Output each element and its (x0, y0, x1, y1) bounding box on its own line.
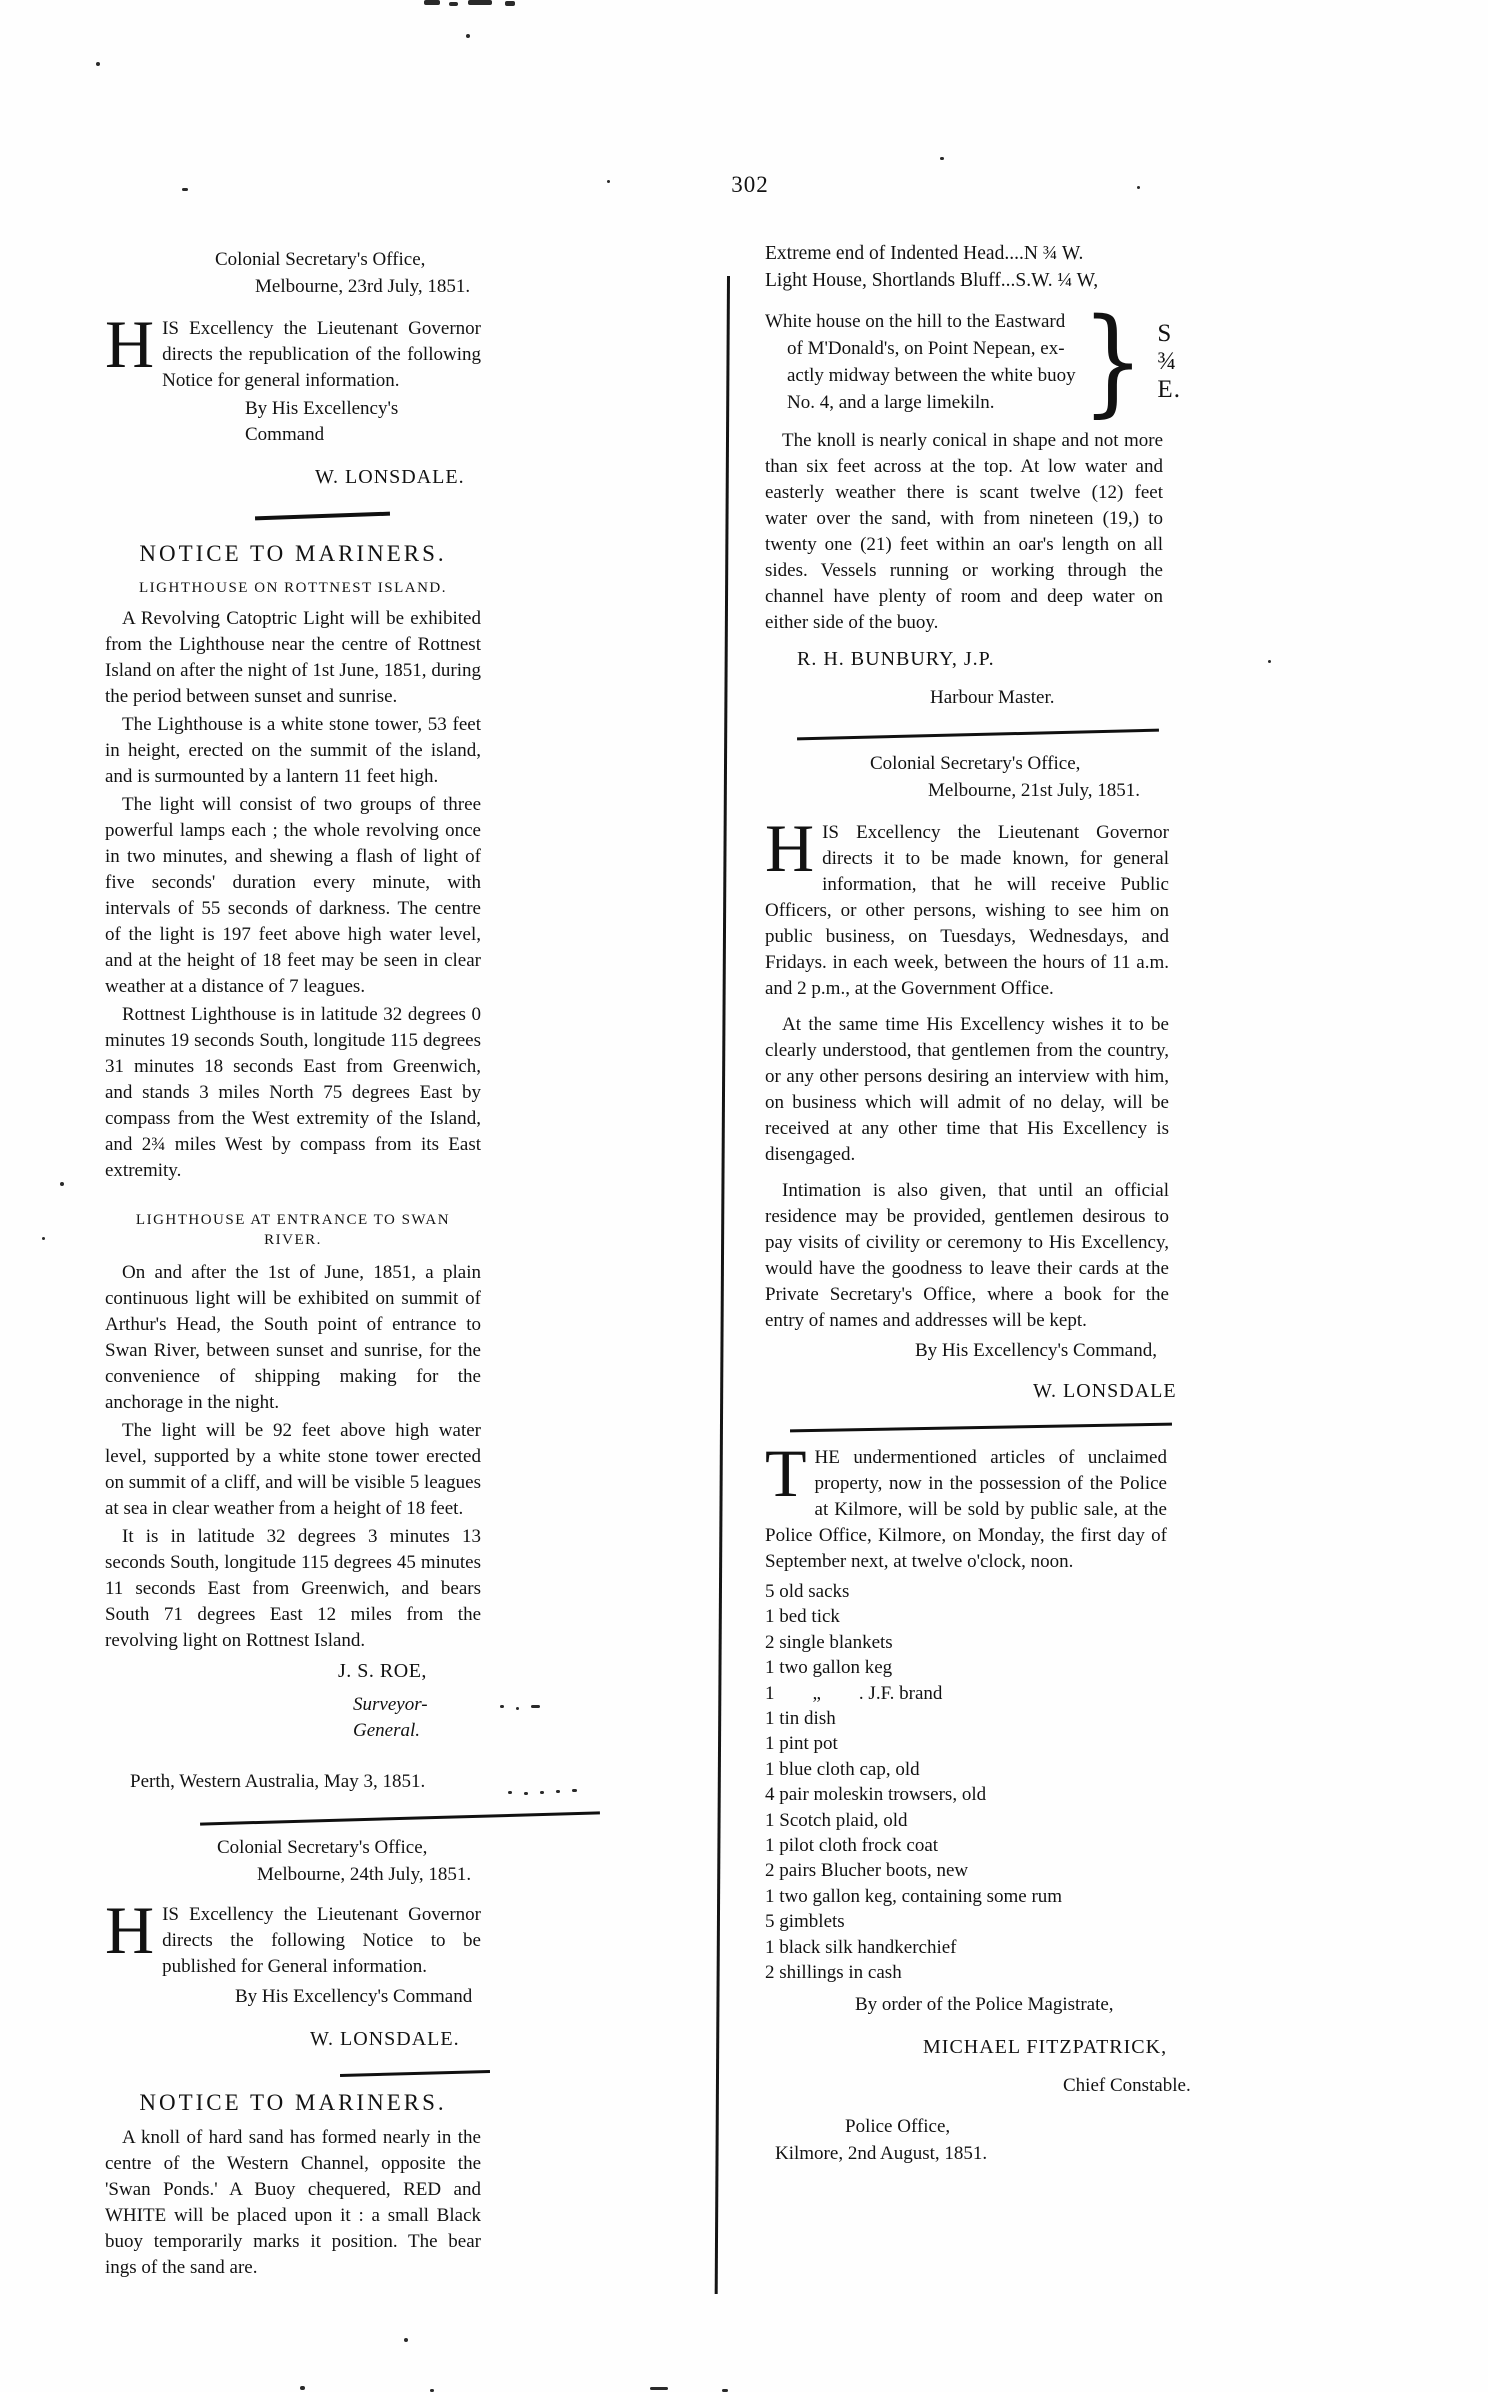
scanned-gazette-page: 302 Colonial Secretary's Office, Melbour… (0, 0, 1488, 2392)
bearing-line-1: Extreme end of Indented Head....N ¾ W. (765, 240, 1195, 267)
sale-list-item: 4 pair moleskin trowsers, old (765, 1782, 1195, 1807)
scan-speck (404, 2338, 408, 2342)
notice-heading: NOTICE TO MARINERS. (105, 540, 481, 568)
dateline-date: Melbourne, 23rd July, 1851. (105, 273, 481, 300)
sale-list-item: 1 blue cloth cap, old (765, 1757, 1195, 1782)
scan-speck (1268, 660, 1271, 663)
drop-cap: H (105, 316, 162, 369)
sale-list-item: 1 tin dish (765, 1706, 1195, 1731)
scan-speck (505, 1, 515, 6)
section-rule (340, 2070, 490, 2077)
paragraph: On and after the 1st of June, 1851, a pl… (105, 1260, 481, 1416)
sale-list-item: 2 single blankets (765, 1630, 1195, 1655)
sale-intro: THE undermentioned articles of unclaimed… (765, 1445, 1167, 1575)
scan-speck (650, 2387, 668, 2390)
scan-speck (516, 1707, 519, 1710)
paragraph: At the same time His Excellency wishes i… (765, 1012, 1169, 1168)
signature: W. LONSDALE. (105, 2026, 481, 2052)
scan-speck (466, 34, 470, 38)
scan-speck (531, 1705, 540, 1708)
scan-speck (540, 1791, 544, 1794)
paragraph: A Revolving Catoptric Light will be exhi… (105, 606, 481, 710)
paragraph: The light will be 92 feet above high wat… (105, 1418, 481, 1522)
bearing-block-line: No. 4, and a large limekiln. (765, 389, 1076, 416)
sale-list: 5 old sacks 1 bed tick 2 single blankets… (765, 1579, 1195, 1986)
drop-cap: H (765, 820, 822, 873)
paragraph: A knoll of hard sand has formed nearly i… (105, 2125, 481, 2281)
column-left: Colonial Secretary's Office, Melbourne, … (105, 246, 481, 2281)
surveyor-name: J. S. ROE, (105, 1658, 481, 1684)
scan-speck (300, 2386, 305, 2390)
notice-paragraph: HIS Excellency the Lieutenant Governor d… (105, 316, 481, 394)
paragraph: Rottnest Lighthouse is in latitude 32 de… (105, 1002, 481, 1184)
dateline-office: Colonial Secretary's Office, (765, 750, 1195, 777)
column-divider-rule (715, 276, 730, 2294)
command-line: By His Excellency's Command (105, 1984, 481, 2010)
bearing-block-lines: White house on the hill to the Eastward … (765, 308, 1076, 416)
dateline-date: Melbourne, 24th July, 1851. (105, 1861, 481, 1888)
dateline-office: Colonial Secretary's Office, (105, 246, 481, 273)
bearing-block-line: of M'Donald's, on Point Nepean, ex- (765, 335, 1076, 362)
kilmore-date-line: Kilmore, 2nd August, 1851. (765, 2140, 1195, 2167)
scan-speck (607, 180, 610, 183)
paragraph: The light will consist of two groups of … (105, 792, 481, 1000)
drop-cap: H (105, 1902, 162, 1955)
surveyor-title: Surveyor-General. (105, 1692, 481, 1744)
scan-speck (449, 2, 458, 6)
notice-body: IS Excellency the Lieutenant Governor di… (162, 1904, 481, 1977)
scan-speck (468, 0, 492, 5)
bearing-value: S ¾ E. (1149, 320, 1195, 404)
page-number: 302 (690, 172, 810, 198)
dateline: Colonial Secretary's Office, Melbourne, … (765, 750, 1195, 804)
scan-speck (1137, 186, 1140, 189)
scan-speck (182, 188, 188, 191)
police-office-line: Police Office, (765, 2113, 1195, 2140)
notice-subheading: LIGHTHOUSE AT ENTRANCE TO SWAN RIVER. (105, 1210, 481, 1250)
paragraph: It is in latitude 32 degrees 3 minutes 1… (105, 1524, 481, 1654)
signature: W. LONSDALE (765, 1378, 1195, 1404)
notice-heading: NOTICE TO MARINERS. (105, 2089, 481, 2117)
scan-speck (524, 1792, 528, 1795)
sale-list-item: 5 old sacks (765, 1579, 1195, 1604)
column-right: Extreme end of Indented Head....N ¾ W. L… (765, 240, 1195, 2167)
scan-speck (424, 0, 440, 5)
bearing-line-2: Light House, Shortlands Bluff...S.W. ¼ W… (765, 267, 1195, 294)
sale-list-item: 2 pairs Blucher boots, new (765, 1858, 1195, 1883)
order-line: By order of the Police Magistrate, (765, 1992, 1195, 2018)
sale-list-item: 1 Scotch plaid, old (765, 1808, 1195, 1833)
sale-list-item: 1 two gallon keg, containing some rum (765, 1884, 1195, 1909)
section-rule (797, 729, 1159, 741)
sale-list-item: 1 pint pot (765, 1731, 1195, 1756)
notice-paragraph: HIS Excellency the Lieutenant Governor d… (105, 1902, 481, 1980)
sale-list-item: 1 black silk handkerchief (765, 1935, 1195, 1960)
sale-intro-body: HE undermentioned articles of unclaimed … (765, 1447, 1167, 1572)
scan-speck (940, 157, 944, 160)
sale-list-item: 1 bed tick (765, 1604, 1195, 1629)
scan-speck (556, 1790, 560, 1793)
bearing-block: White house on the hill to the Eastward … (765, 308, 1195, 416)
knoll-paragraph: The knoll is nearly conical in shape and… (765, 428, 1163, 636)
scan-speck (508, 1791, 512, 1794)
paragraph: The Lighthouse is a white stone tower, 5… (105, 712, 481, 790)
drop-cap: T (765, 1445, 815, 1498)
bearing-block-line: actly midway between the white buoy (765, 362, 1076, 389)
section-rule (200, 1811, 600, 1825)
bearing-block-line: White house on the hill to the Eastward (765, 308, 1076, 335)
sale-list-item: 1 two gallon keg (765, 1655, 1195, 1680)
scan-speck (572, 1789, 577, 1792)
notice-body: IS Excellency the Lieutenant Governor di… (765, 822, 1169, 999)
dateline: Colonial Secretary's Office, Melbourne, … (105, 246, 481, 300)
signature: W. LONSDALE. (105, 464, 481, 490)
sale-list-item: 5 gimblets (765, 1909, 1195, 1934)
scan-speck (500, 1705, 504, 1708)
harbour-master-title: Harbour Master. (765, 684, 1195, 711)
command-line: By His Excellency's Command, (765, 1338, 1195, 1364)
section-rule (255, 512, 390, 520)
notice-subheading: LIGHTHOUSE ON ROTTNEST ISLAND. (105, 578, 481, 598)
sale-list-item: 1 pilot cloth frock coat (765, 1833, 1195, 1858)
notice-body: IS Excellency the Lieutenant Governor di… (162, 318, 481, 391)
sale-list-item: 1 „ . J.F. brand (765, 1681, 1195, 1706)
constable-name: MICHAEL FITZPATRICK, (765, 2034, 1195, 2060)
command-line: By His Excellency's Command (105, 396, 481, 448)
scan-speck (96, 62, 100, 66)
brace-icon: } (1081, 310, 1144, 414)
dateline: Colonial Secretary's Office, Melbourne, … (105, 1834, 481, 1888)
harbour-master-name: R. H. BUNBURY, J.P. (765, 646, 1195, 672)
sale-list-item: 2 shillings in cash (765, 1960, 1195, 1985)
dateline-office: Colonial Secretary's Office, (105, 1834, 481, 1861)
notice-paragraph: HIS Excellency the Lieutenant Governor d… (765, 820, 1169, 1002)
paragraph: Intimation is also given, that until an … (765, 1178, 1169, 1334)
scan-speck (42, 1237, 45, 1240)
dateline-date: Melbourne, 21st July, 1851. (765, 777, 1195, 804)
scan-speck (60, 1182, 64, 1186)
place-date-line: Perth, Western Australia, May 3, 1851. (105, 1768, 481, 1795)
constable-title: Chief Constable. (765, 2072, 1195, 2099)
section-rule (790, 1423, 1172, 1433)
